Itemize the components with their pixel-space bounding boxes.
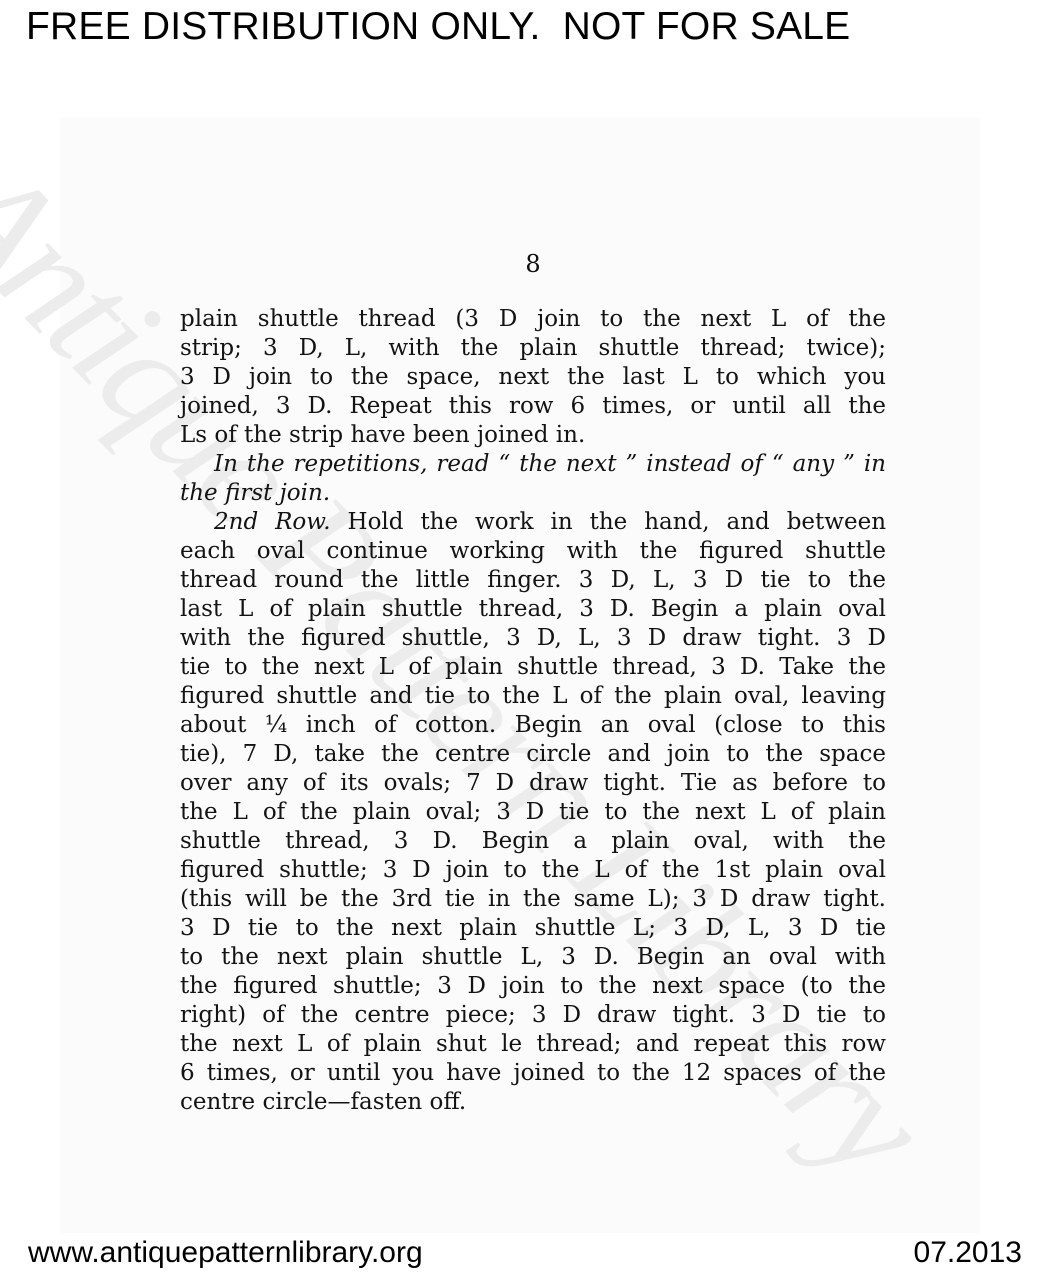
text-line: over any of its ovals; 7 D draw tight. T…	[180, 769, 886, 798]
body-text: plain shuttle thread (3 D join to the ne…	[180, 305, 886, 1117]
text-line: the first join.	[180, 479, 886, 508]
text-line: Ls of the strip have been joined in.	[180, 421, 886, 450]
text-line: centre circle—fasten off.	[180, 1088, 886, 1117]
text-line: the next L of plain shut le thread; and …	[180, 1030, 886, 1059]
text-line: figured shuttle; 3 D join to the L of th…	[180, 856, 886, 885]
text-line: plain shuttle thread (3 D join to the ne…	[180, 305, 886, 334]
text-line: 2nd Row. Hold the work in the hand, and …	[180, 508, 886, 537]
text-line: the L of the plain oval; 3 D tie to the …	[180, 798, 886, 827]
distribution-banner: FREE DISTRIBUTION ONLY. NOT FOR SALE	[26, 4, 850, 50]
text-line: right) of the centre piece; 3 D draw tig…	[180, 1001, 886, 1030]
paragraph-1: plain shuttle thread (3 D join to the ne…	[180, 305, 886, 450]
text-line: last L of plain shuttle thread, 3 D. Beg…	[180, 595, 886, 624]
text-line-rest: Hold the work in the hand, and between	[348, 509, 887, 535]
text-line: each oval continue working with the figu…	[180, 537, 886, 566]
text-line: strip; 3 D, L, with the plain shuttle th…	[180, 334, 886, 363]
paragraph-2-italic-note: In the repetitions, read “ the next ” in…	[180, 450, 886, 508]
paragraph-3: 2nd Row. Hold the work in the hand, and …	[180, 508, 886, 1117]
footer-website: www.antiquepatternlibrary.org	[28, 1236, 423, 1270]
text-line: with the figured shuttle, 3 D, L, 3 D dr…	[180, 624, 886, 653]
text-line: the figured shuttle; 3 D join to the nex…	[180, 972, 886, 1001]
text-line: 6 times, or until you have joined to the…	[180, 1059, 886, 1088]
footer-date: 07.2013	[914, 1236, 1022, 1270]
text-line: about ¼ inch of cotton. Begin an oval (c…	[180, 711, 886, 740]
text-line: 3 D join to the space, next the last L t…	[180, 363, 886, 392]
row-label: 2nd Row.	[214, 509, 331, 535]
text-line: (this will be the 3rd tie in the same L)…	[180, 885, 886, 914]
text-line: shuttle thread, 3 D. Begin a plain oval,…	[180, 827, 886, 856]
text-line: tie), 7 D, take the centre circle and jo…	[180, 740, 886, 769]
page-number: 8	[180, 250, 886, 278]
text-line: tie to the next L of plain shuttle threa…	[180, 653, 886, 682]
text-line: figured shuttle and tie to the L of the …	[180, 682, 886, 711]
text-line: joined, 3 D. Repeat this row 6 times, or…	[180, 392, 886, 421]
text-line: to the next plain shuttle L, 3 D. Begin …	[180, 943, 886, 972]
text-line: thread round the little finger. 3 D, L, …	[180, 566, 886, 595]
text-line: In the repetitions, read “ the next ” in…	[180, 450, 886, 479]
text-line: 3 D tie to the next plain shuttle L; 3 D…	[180, 914, 886, 943]
